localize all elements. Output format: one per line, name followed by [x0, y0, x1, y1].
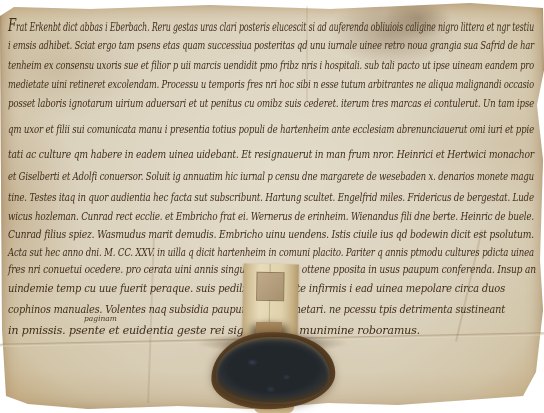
interlinear-insertion: paginam: [84, 314, 117, 323]
manuscript-line-text: medietate uini retineret excolendam. Pro…: [8, 78, 534, 91]
charter-photo: Frat Erkenbt dict abbas i Eberbach. Reru…: [0, 0, 544, 413]
manuscript-line-text: wicus hozleman. Cunrad rect ecclie. et E…: [8, 210, 534, 223]
manuscript-line: tenheim ex consensu uxoris sue et filior…: [8, 59, 544, 74]
manuscript-line: posset laboris ignotarum uirium aduersar…: [8, 97, 544, 112]
manuscript-line-text: et Giselberti et Adolfi conuersor. Solui…: [8, 170, 534, 183]
manuscript-line: qm uxor et filii sui comunicata manu i p…: [8, 123, 544, 138]
manuscript-line: tine. Testes itaq in quor audientia hec …: [8, 191, 544, 206]
manuscript-line-text: Frat Erkenbt dict abbas i Eberbach. Reru…: [8, 15, 534, 36]
manuscript-line-text: posset laboris ignotarum uirium aduersar…: [8, 97, 534, 110]
manuscript-line: tati ac culture qm habere in eadem uinea…: [8, 148, 544, 163]
manuscript-line: Cunrad filius spiez. Wasmudus marit demu…: [8, 228, 544, 243]
manuscript-line-text: in pmissis. psente et euidentia geste re…: [8, 324, 420, 337]
manuscript-line: Acta sut hec anno dni. M. CC. XXV. in ui…: [8, 246, 544, 261]
manuscript-line-text: qm uxor et filii sui comunicata manu i p…: [8, 123, 534, 136]
manuscript-line: wicus hozleman. Cunrad rect ecclie. et E…: [8, 210, 544, 225]
manuscript-line-text: Acta sut hec anno dni. M. CC. XXV. in ui…: [8, 246, 534, 259]
manuscript-line-text: tati ac culture qm habere in eadem uinea…: [8, 148, 534, 161]
manuscript-line: medietate uini retineret excolendam. Pro…: [8, 78, 544, 93]
seal-tag-slit: [256, 272, 285, 301]
manuscript-line-text: i emsis adhibet. Sciat ergo tam psens et…: [8, 39, 534, 52]
manuscript-line-text: tenheim ex consensu uxoris sue et filior…: [8, 59, 534, 72]
manuscript-line: et Giselberti et Adolfi conuersor. Solui…: [8, 170, 544, 185]
wax-seal: [216, 337, 330, 404]
manuscript-line-text: Cunrad filius spiez. Wasmudus marit demu…: [8, 228, 534, 241]
manuscript-line: i emsis adhibet. Sciat ergo tam psens et…: [8, 39, 544, 54]
manuscript-line: Frat Erkenbt dict abbas i Eberbach. Reru…: [8, 15, 544, 30]
manuscript-line-text: tine. Testes itaq in quor audientia hec …: [8, 191, 534, 204]
